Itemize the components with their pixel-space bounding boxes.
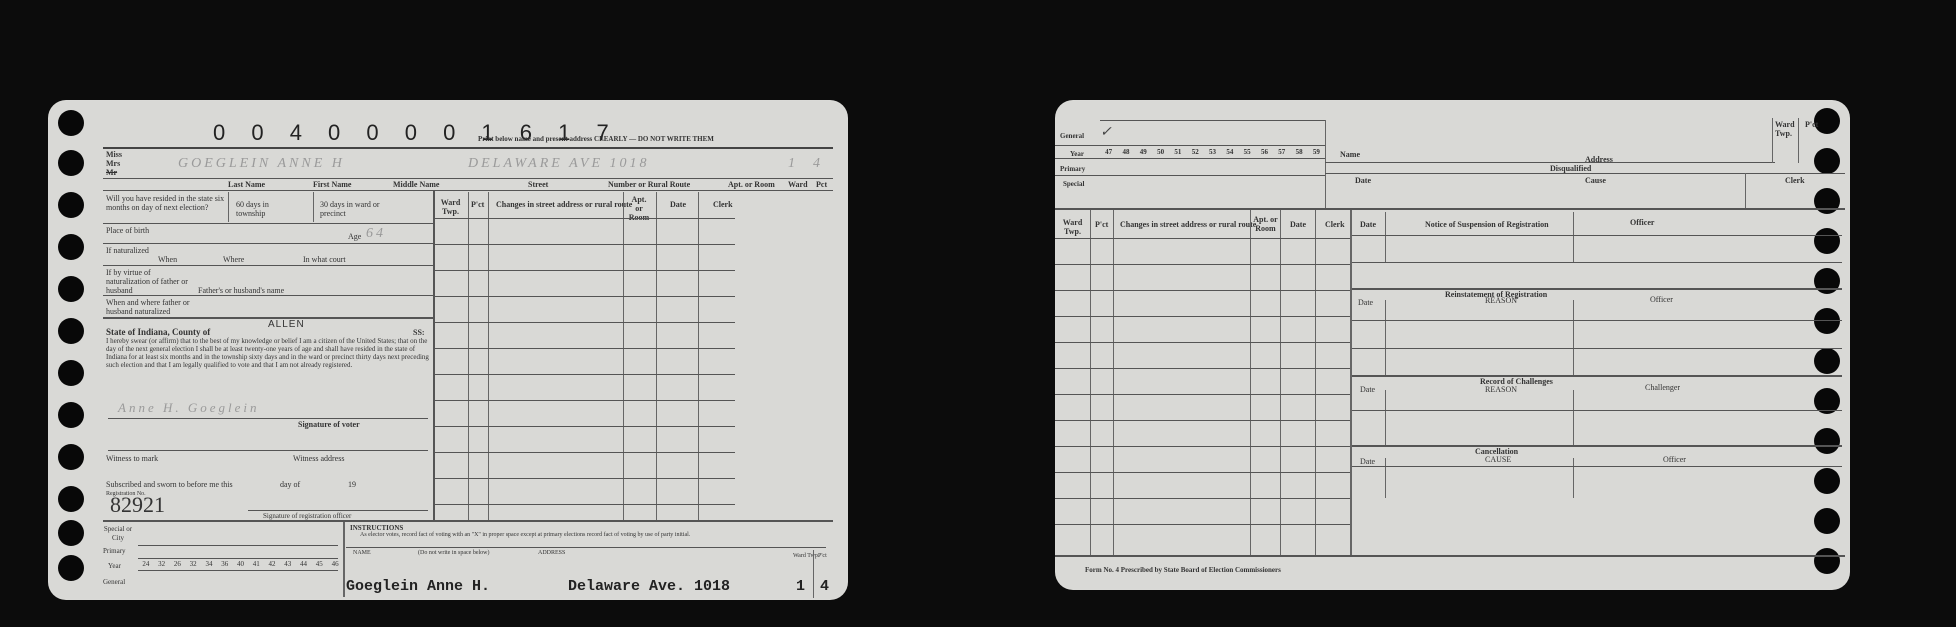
year-cell: 54 — [1221, 148, 1238, 158]
year-cell: 55 — [1239, 148, 1256, 158]
general-check-mark: ✓ — [1100, 124, 1115, 141]
registration-card-back: General Year Primary Special ✓ 47 48 49 … — [1055, 100, 1850, 590]
label-subscribed: Subscribed and sworn to before me this — [106, 480, 233, 489]
rth-date: Date — [1290, 220, 1306, 229]
year-cell: 32 — [185, 560, 201, 570]
handwritten-pct: 4 — [813, 156, 823, 172]
question-township: 60 days in township — [236, 200, 296, 218]
rth-apt: Apt. or Room — [1253, 215, 1278, 233]
label-date: Date — [1355, 176, 1371, 185]
punch-hole — [58, 444, 84, 470]
year-cell: 45 — [311, 560, 327, 570]
label-apt: Apt. or Room — [728, 180, 775, 189]
year-cell: 32 — [154, 560, 170, 570]
year-row: 24 32 26 32 34 36 40 41 42 43 44 45 46 — [138, 560, 343, 570]
label-place-of-birth: Place of birth — [106, 226, 149, 235]
reinst-officer: Officer — [1650, 295, 1673, 304]
label-witness-mark: Witness to mark — [106, 454, 158, 463]
label-where: Where — [223, 255, 244, 264]
punch-hole — [58, 486, 84, 512]
year-cell: 58 — [1290, 148, 1307, 158]
rth-ward: Ward Twp. — [1060, 218, 1085, 236]
oath-text: I hereby swear (or affirm) that to the b… — [106, 337, 431, 369]
punch-hole — [1814, 468, 1840, 494]
suspension-title: Notice of Suspension of Registration — [1425, 220, 1549, 229]
year-cell: 49 — [1135, 148, 1152, 158]
punch-hole — [58, 110, 84, 136]
label-last-name: Last Name — [228, 180, 265, 189]
label-name: Name — [1340, 150, 1360, 159]
label-age: Age — [348, 232, 361, 241]
punch-hole — [58, 520, 84, 546]
label-when-where: When and where father or husband natural… — [106, 298, 206, 316]
th-ward: Ward Twp. — [438, 198, 463, 216]
instr-ward-label: Ward Twp. — [793, 552, 819, 561]
punch-hole — [58, 360, 84, 386]
label-when: When — [158, 255, 177, 264]
susp-officer: Officer — [1630, 218, 1654, 227]
punch-hole — [58, 276, 84, 302]
label-disqualified: Disqualified — [1550, 164, 1591, 173]
instr-pct-label: P'ct — [818, 552, 827, 561]
year-cell: 24 — [138, 560, 154, 570]
typed-address: Delaware Ave. 1018 — [568, 578, 730, 595]
year-cell: 56 — [1256, 148, 1273, 158]
salutation-miss: Miss — [106, 150, 122, 159]
susp-date: Date — [1360, 220, 1376, 229]
rgrid-label-general: General — [1060, 132, 1084, 141]
punch-hole — [1814, 348, 1840, 374]
handwritten-name: GOEGLEIN ANNE H — [178, 156, 345, 172]
label-year-suffix: 19 — [348, 480, 356, 489]
year-cell: 41 — [248, 560, 264, 570]
instr-do-not-write: (Do not write in space below) — [418, 549, 489, 558]
punch-hole — [58, 234, 84, 260]
cancel-officer: Officer — [1663, 455, 1686, 464]
year-cell: 52 — [1187, 148, 1204, 158]
label-number: Number or Rural Route — [608, 180, 690, 189]
punch-hole — [58, 402, 84, 428]
label-clerk: Clerk — [1785, 176, 1805, 185]
label-witness-address: Witness address — [293, 454, 344, 463]
salutation-mrs: Mrs — [106, 159, 120, 168]
punch-hole — [58, 318, 84, 344]
label-street: Street — [528, 180, 548, 189]
year-cell: 43 — [280, 560, 296, 570]
year-cell: 48 — [1117, 148, 1134, 158]
punch-hole — [1814, 268, 1840, 294]
year-cell: 50 — [1152, 148, 1169, 158]
year-cell: 46 — [327, 560, 343, 570]
rth-clerk: Clerk — [1325, 220, 1345, 229]
punch-hole — [58, 192, 84, 218]
reinst-date: Date — [1358, 298, 1373, 307]
handwritten-address: DELAWARE AVE 1018 — [468, 156, 650, 172]
handwritten-ward: 1 — [788, 156, 798, 172]
voter-signature-handwritten: Anne H. Goeglein — [118, 400, 260, 416]
year-cell: 53 — [1204, 148, 1221, 158]
age-value: 64 — [366, 226, 386, 242]
chal-challenger: Challenger — [1645, 383, 1680, 392]
question-ward-precinct: 30 days in ward or precinct — [320, 200, 390, 218]
oath-ss: SS: — [413, 328, 425, 337]
oath-state-county: State of Indiana, County of — [106, 328, 210, 337]
form-footer: Form No. 4 Prescribed by State Board of … — [1085, 566, 1281, 575]
instr-address-label: ADDRESS — [538, 549, 565, 558]
label-signature-voter: Signature of voter — [298, 420, 360, 429]
year-cell: 51 — [1169, 148, 1186, 158]
rgrid-label-special: Special — [1063, 180, 1084, 189]
punch-hole — [1814, 428, 1840, 454]
instructions-text: As elector votes, record fact of voting … — [360, 532, 760, 539]
cancel-date: Date — [1360, 457, 1375, 466]
year-cell: 26 — [170, 560, 186, 570]
punch-hole — [1814, 188, 1840, 214]
instr-name-label: NAME — [353, 549, 371, 558]
grid-label-general: General — [103, 578, 125, 587]
chal-reason: REASON — [1485, 385, 1517, 394]
label-virtue: If by virtue of naturalization of father… — [106, 268, 196, 295]
label-cause: Cause — [1585, 176, 1606, 185]
rth-pct: P'ct — [1095, 220, 1108, 229]
punch-hole — [1814, 508, 1840, 534]
label-pct-top: P'ct — [1805, 120, 1818, 129]
year-cell: 36 — [217, 560, 233, 570]
registration-card-front: 0 0 4 0 0 0 0 1 6 1 7 Print below name a… — [48, 100, 848, 600]
salutation-mr: Mr — [106, 168, 117, 177]
punch-hole — [58, 150, 84, 176]
typed-ward: 1 — [796, 578, 805, 595]
year-cell: 59 — [1308, 148, 1325, 158]
year-cell: 44 — [296, 560, 312, 570]
rgrid-year-row: 47 48 49 50 51 52 53 54 55 56 57 58 59 — [1100, 148, 1325, 158]
th-date: Date — [670, 200, 686, 209]
label-ward: Ward — [788, 180, 808, 189]
cancel-cause: CAUSE — [1485, 455, 1511, 464]
year-cell: 47 — [1100, 148, 1117, 158]
label-middle-name: Middle Name — [393, 180, 439, 189]
punch-hole — [1814, 228, 1840, 254]
label-court: In what court — [303, 255, 346, 264]
label-day-of: day of — [280, 480, 300, 489]
punch-hole — [1814, 148, 1840, 174]
year-cell: 42 — [264, 560, 280, 570]
th-pct: P'ct — [471, 200, 484, 209]
county-value: ALLEN — [268, 320, 305, 329]
rgrid-label-primary: Primary — [1060, 165, 1085, 174]
grid-label-primary: Primary — [103, 547, 126, 556]
header-instruction: Print below name and present address CLE… — [478, 135, 714, 144]
typed-pct: 4 — [820, 578, 829, 595]
label-pct: Pct — [816, 180, 827, 189]
reinst-reason: REASON — [1485, 296, 1517, 305]
year-cell: 34 — [201, 560, 217, 570]
grid-label-year: Year — [108, 562, 121, 571]
question-resided-state: Will you have resided in the state six m… — [106, 194, 226, 212]
punch-hole — [58, 555, 84, 581]
rth-changes: Changes in street address or rural route — [1120, 220, 1256, 229]
punch-hole — [1814, 308, 1840, 334]
year-cell: 57 — [1273, 148, 1290, 158]
grid-label-special: Special or City — [103, 525, 133, 543]
chal-date: Date — [1360, 385, 1375, 394]
label-naturalized: If naturalized — [106, 246, 149, 255]
punch-hole — [1814, 548, 1840, 574]
label-first-name: First Name — [313, 180, 351, 189]
registration-number: 82921 — [110, 492, 165, 518]
th-changes: Changes in street address or rural route — [496, 200, 632, 209]
label-ward-top: Ward Twp. — [1775, 120, 1797, 138]
typed-name: Goeglein Anne H. — [346, 578, 490, 595]
label-father-name: Father's or husband's name — [198, 286, 284, 295]
th-clerk: Clerk — [713, 200, 733, 209]
year-cell: 40 — [233, 560, 249, 570]
